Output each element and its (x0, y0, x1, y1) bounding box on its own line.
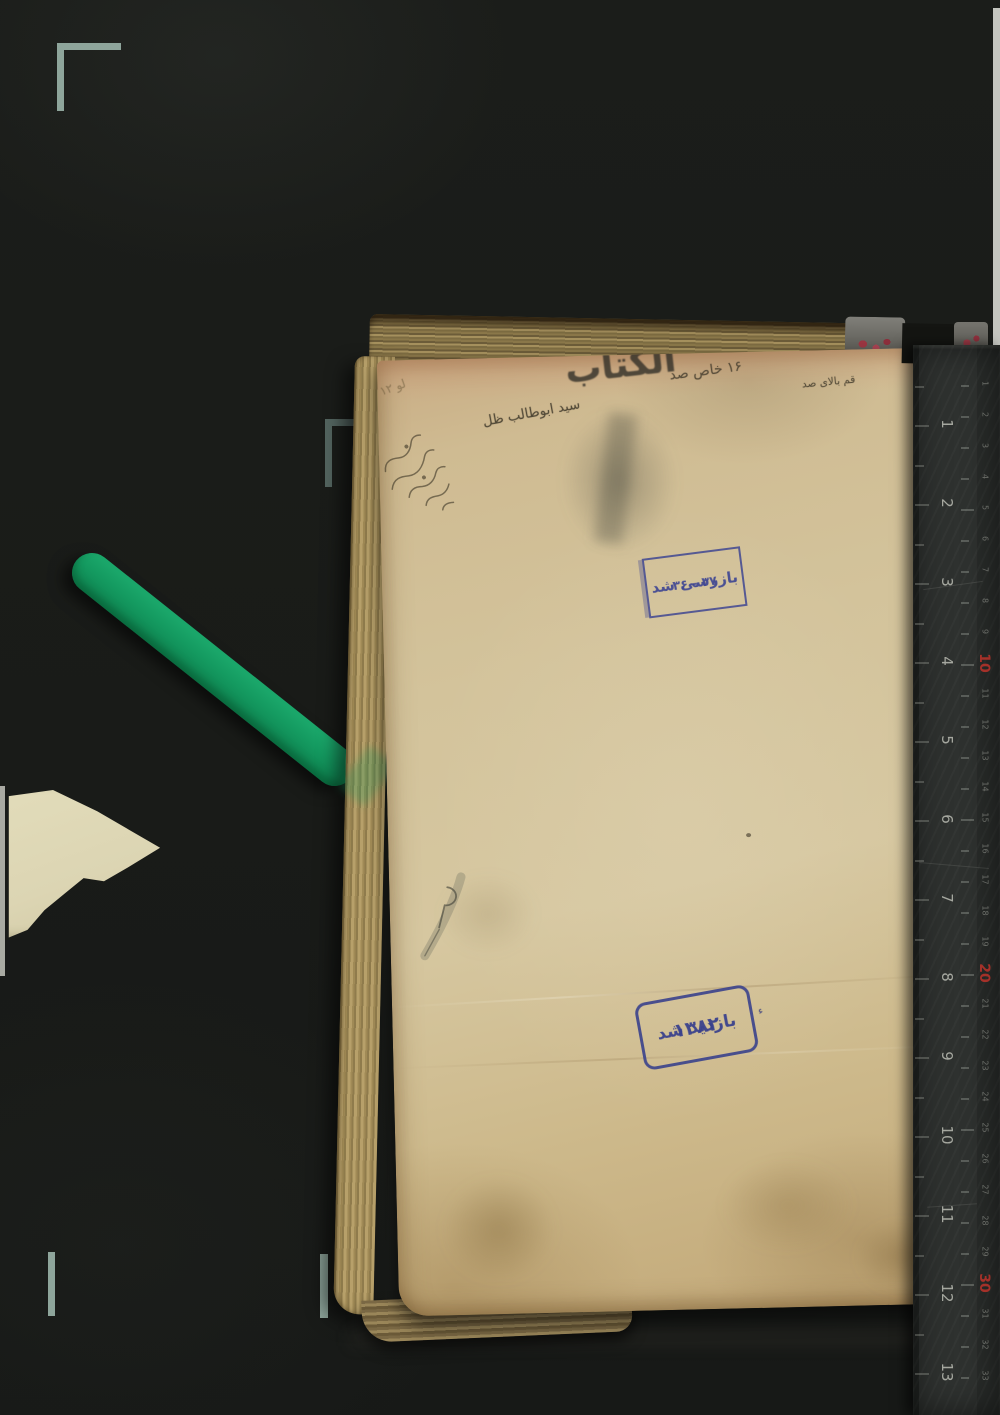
ruler-cm-label-red: 30 (976, 1272, 992, 1294)
ruler-cm-tick (961, 1067, 969, 1069)
ruler-cm-label: 17 (981, 874, 990, 886)
ruler-halfinch-tick (915, 939, 924, 941)
scan-edge-strip-left (0, 786, 5, 976)
ruler-cm-label: 29 (981, 1246, 990, 1258)
ruler-halfinch-tick (915, 702, 924, 704)
ruler-cm-label: 24 (981, 1091, 990, 1103)
ruler-cm-label: 12 (981, 719, 990, 731)
ruler-inch-label: 3 (938, 572, 956, 592)
ruler-cm-label: 18 (981, 905, 990, 917)
ruler-cm-label: 5 (981, 502, 990, 514)
ruler-inch-label: 11 (938, 1204, 956, 1224)
ruler-cm-label: 25 (981, 1122, 990, 1134)
ruler-cm-label: 2 (981, 409, 990, 421)
ruler-cm-tick (961, 447, 969, 449)
ruler-cm-label: 28 (981, 1215, 990, 1227)
ruler-halfinch-tick (915, 1176, 924, 1178)
ruler-cm-label: 32 (981, 1339, 990, 1351)
ruler-inch-tick (915, 978, 929, 980)
ruler-inch-label: 8 (938, 967, 956, 987)
ruler-cm-label: 11 (981, 688, 990, 700)
ruler-cm-label: 19 (981, 936, 990, 948)
ruler-cm-label: 26 (981, 1153, 990, 1165)
ruler-cm-tick (961, 1315, 969, 1317)
ruler-cm-label: 8 (981, 595, 990, 607)
ruler-halfinch-tick (915, 1097, 924, 1099)
ruler-inch-label: 6 (938, 809, 956, 829)
ruler-cm-label: 7 (981, 564, 990, 576)
ruler-cm-tick (961, 1191, 969, 1193)
ruler-cm-tick (961, 1098, 969, 1100)
ruler-cm-tick (961, 1005, 969, 1007)
ruler-halfinch-tick (915, 860, 924, 862)
ruler-cm-tick (961, 664, 974, 666)
ruler-cm-label: 15 (981, 812, 990, 824)
ruler-cm-label: 31 (981, 1308, 990, 1320)
ruler-cm-tick (961, 602, 969, 604)
ruler-scratch (919, 862, 989, 869)
ruler-inch-tick (915, 583, 929, 585)
visit-stamp-year: ۱۳۸۲ (672, 1012, 722, 1042)
ruler-cm-tick (961, 1253, 969, 1255)
ruler-cm-label: 9 (981, 626, 990, 638)
ruler-cm-tick (961, 540, 969, 542)
ruler-cm-tick (961, 509, 974, 511)
ruler-inch-tick (915, 899, 929, 901)
ruler-cm-label: 23 (981, 1060, 990, 1072)
registration-tick-bottom-center (320, 1254, 328, 1318)
ruler-cm-tick (961, 633, 969, 635)
ruler-inch-label: 12 (938, 1283, 956, 1303)
ruler-cm-label: 13 (981, 750, 990, 762)
ruler-halfinch-tick (915, 544, 924, 546)
pen-doodle-with-smudge (409, 870, 483, 964)
green-page-holder-stick (64, 545, 363, 794)
ruler-halfinch-tick (915, 1018, 924, 1020)
registration-corner-mid-left-arm (325, 419, 332, 487)
stain-bottom-left (418, 1152, 581, 1306)
ruler-cm-tick (961, 1222, 969, 1224)
ruler-cm-tick (961, 974, 974, 976)
inspection-stamp: بازرسی شد ۳۶ - ۳۷ (642, 546, 748, 618)
ruler-inch-tick (915, 820, 929, 822)
ruler-cm-label: 3 (981, 440, 990, 452)
ruler-cm-tick (961, 1160, 969, 1162)
ruler-cm-tick (961, 943, 969, 945)
ruler-inch-tick (915, 1294, 929, 1296)
ruler-halfinch-tick (915, 465, 924, 467)
measuring-ruler: 1234567891011121312345678910111213141516… (913, 345, 1000, 1415)
ruler-inch-label: 2 (938, 493, 956, 513)
ruler-cm-tick (961, 1346, 969, 1348)
ruler-inch-label: 7 (938, 888, 956, 908)
manuscript-page: لو ۱۲ سید ابوطالب ظل الکتاب ۱۶ خاص صد قم… (377, 348, 961, 1317)
ruler-inch-label: 4 (938, 651, 956, 671)
ruler-inch-label: 1 (938, 414, 956, 434)
ruler-cm-label: 6 (981, 533, 990, 545)
visit-stamp: بازدید شد ۱۳۸۲ (633, 984, 759, 1072)
ruler-cm-tick (961, 726, 969, 728)
ruler-cm-tick (961, 912, 969, 914)
ruler-cm-label: 14 (981, 781, 990, 793)
ruler-inch-label: 5 (938, 730, 956, 750)
ruler-cm-label: 22 (981, 1029, 990, 1041)
ruler-cm-tick (961, 571, 969, 573)
ruler-cm-label: 27 (981, 1184, 990, 1196)
ruler-inch-label: 10 (938, 1125, 956, 1145)
ruler-cm-label-red: 20 (976, 962, 992, 984)
ruler-inch-tick (915, 1215, 929, 1217)
ruler-halfinch-tick (915, 1334, 924, 1336)
ruler-cm-tick (961, 416, 969, 418)
ruler-cm-tick (961, 819, 974, 821)
ruler-halfinch-tick (915, 623, 924, 625)
ruler-cm-tick (961, 1377, 969, 1379)
ruler-inch-tick (915, 1373, 929, 1375)
ruler-cm-label: 1 (981, 378, 990, 390)
registration-tick-bottom-left (48, 1252, 55, 1316)
ruler-cm-tick (961, 788, 969, 790)
manuscript-book: لو ۱۲ سید ابوطالب ظل الکتاب ۱۶ خاص صد قم… (350, 310, 1000, 1350)
ruler-cm-tick (961, 478, 969, 480)
ruler-inch-label: 9 (938, 1046, 956, 1066)
ruler-inch-label: 13 (938, 1362, 956, 1382)
scan-edge-strip (993, 8, 1000, 346)
ruler-cm-tick (961, 1284, 974, 1286)
ruler-cm-tick (961, 881, 969, 883)
ruler-halfinch-tick (915, 781, 924, 783)
ruler-cm-tick (961, 385, 969, 387)
ink-dot (746, 833, 751, 837)
ruler-cm-label: 16 (981, 843, 990, 855)
ruler-halfinch-tick (915, 386, 924, 388)
ruler-inch-tick (915, 1136, 929, 1138)
ruler-inch-tick (915, 1057, 929, 1059)
ruler-cm-tick (961, 695, 969, 697)
ruler-cm-tick (961, 757, 969, 759)
photo-scene: لو ۱۲ سید ابوطالب ظل الکتاب ۱۶ خاص صد قم… (0, 0, 1000, 1415)
registration-corner-top-left (57, 43, 121, 50)
registration-corner-top-left-arm (57, 43, 64, 111)
ruler-cm-tick (961, 1036, 969, 1038)
ruler-inch-tick (915, 504, 929, 506)
torn-paper-fragment (2, 790, 172, 942)
ruler-inch-tick (915, 662, 929, 664)
ruler-inch-tick (915, 741, 929, 743)
ruler-inch-tick (915, 425, 929, 427)
ruler-cm-label: 21 (981, 998, 990, 1010)
ruler-halfinch-tick (915, 1255, 924, 1257)
ruler-cm-label: 4 (981, 471, 990, 483)
ruler-cm-label-red: 10 (976, 652, 992, 674)
ruler-cm-tick (961, 850, 969, 852)
ink-speck: ء (757, 1005, 765, 1017)
ruler-cm-label: 33 (981, 1370, 990, 1382)
ruler-cm-tick (961, 1129, 974, 1131)
